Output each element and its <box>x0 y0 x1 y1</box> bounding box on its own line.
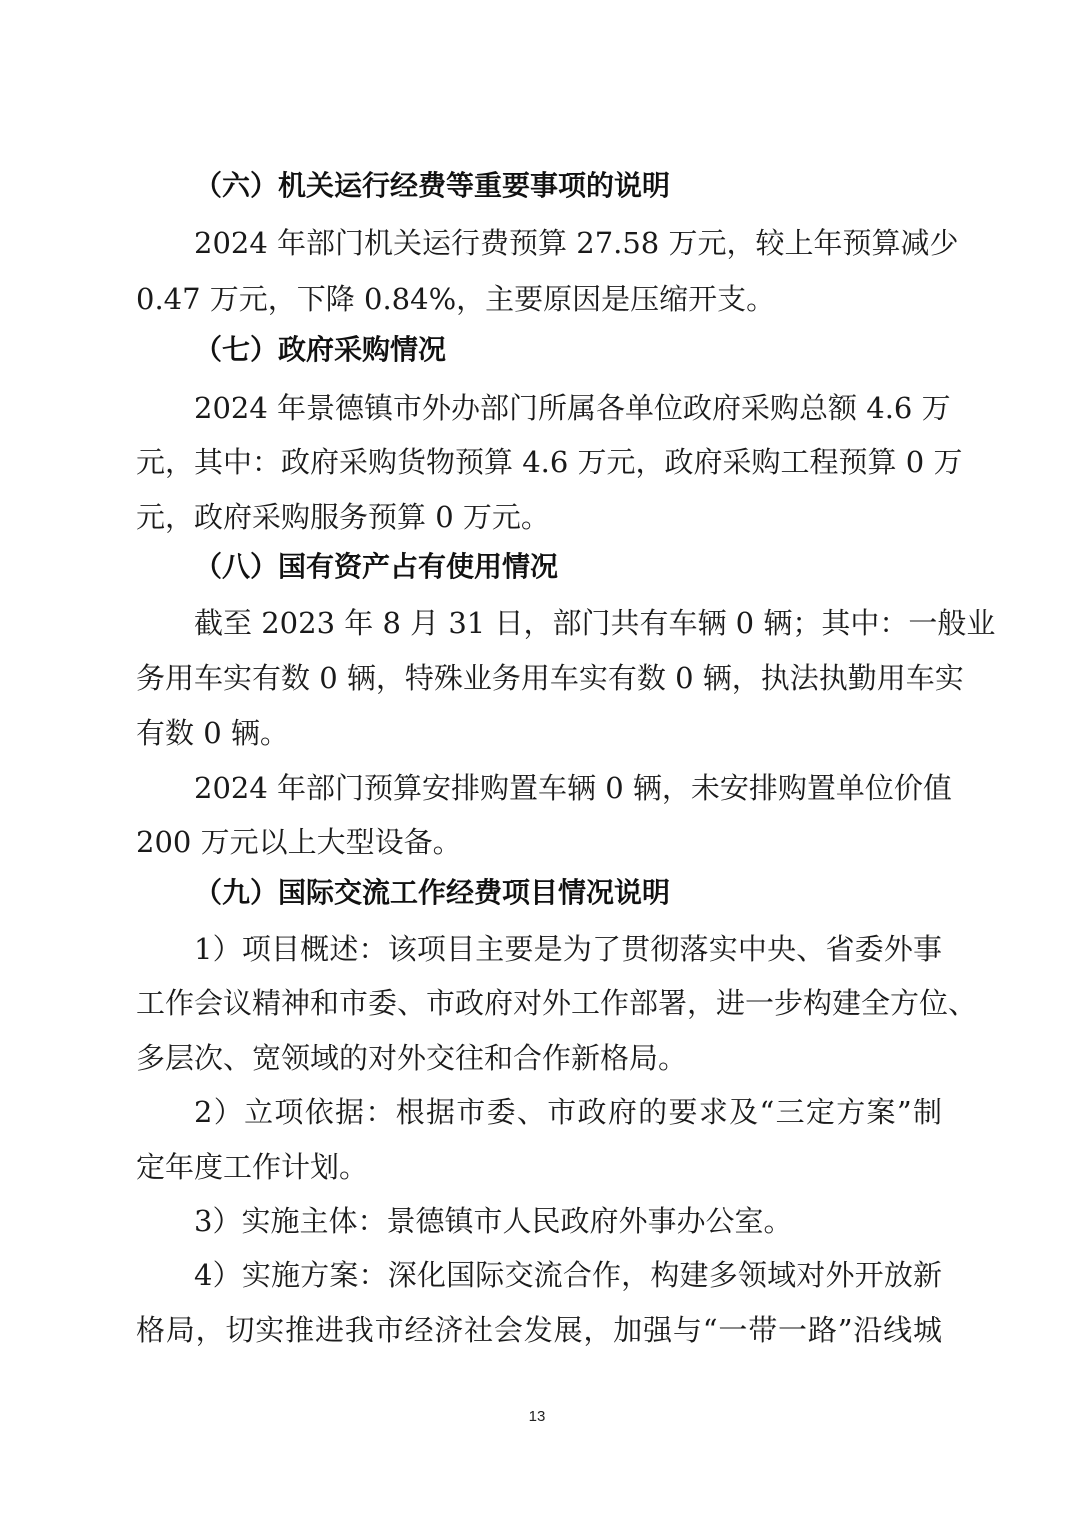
section-heading-8: （八）国有资产占有使用情况 <box>194 547 558 587</box>
paragraph-line: 务用车实有数 0 辆，特殊业务用车实有数 0 辆，执法执勤用车实 <box>136 658 942 698</box>
section-heading-7: （七）政府采购情况 <box>194 330 446 370</box>
paragraph-line: 0.47 万元，下降 0.84%，主要原因是压缩开支。 <box>136 279 942 319</box>
paragraph-line: 2024 年景德镇市外办部门所属各单位政府采购总额 4.6 万 <box>194 388 942 428</box>
paragraph-line: 3）实施主体：景德镇市人民政府外事办公室。 <box>194 1201 942 1241</box>
paragraph-line: 1）项目概述：该项目主要是为了贯彻落实中央、省委外事 <box>194 929 942 969</box>
section-heading-9: （九）国际交流工作经费项目情况说明 <box>194 873 670 913</box>
paragraph-line: 2024 年部门预算安排购置车辆 0 辆，未安排购置单位价值 <box>194 768 942 808</box>
paragraph-line: 元，政府采购服务预算 0 万元。 <box>136 497 942 537</box>
paragraph-line: 200 万元以上大型设备。 <box>136 822 942 862</box>
paragraph-line: 2）立项依据：根据市委、市政府的要求及“三定方案”制 <box>194 1092 942 1132</box>
paragraph-line: 截至 2023 年 8 月 31 日，部门共有车辆 0 辆；其中：一般业 <box>194 603 942 643</box>
section-heading-6: （六）机关运行经费等重要事项的说明 <box>194 166 670 206</box>
paragraph-line: 4）实施方案：深化国际交流合作，构建多领域对外开放新 <box>194 1255 942 1295</box>
paragraph-line: 格局，切实推进我市经济社会发展，加强与“一带一路”沿线城 <box>136 1310 942 1350</box>
paragraph-line: 定年度工作计划。 <box>136 1147 942 1187</box>
paragraph-line: 元，其中：政府采购货物预算 4.6 万元，政府采购工程预算 0 万 <box>136 442 942 482</box>
document-page: （六）机关运行经费等重要事项的说明 2024 年部门机关运行费预算 27.58 … <box>0 0 1074 1520</box>
paragraph-line: 2024 年部门机关运行费预算 27.58 万元，较上年预算减少 <box>194 223 942 263</box>
paragraph-line: 多层次、宽领域的对外交往和合作新格局。 <box>136 1038 942 1078</box>
paragraph-line: 工作会议精神和市委、市政府对外工作部署，进一步构建全方位、 <box>136 983 942 1023</box>
paragraph-line: 有数 0 辆。 <box>136 713 942 753</box>
page-number: 13 <box>0 1408 1074 1425</box>
